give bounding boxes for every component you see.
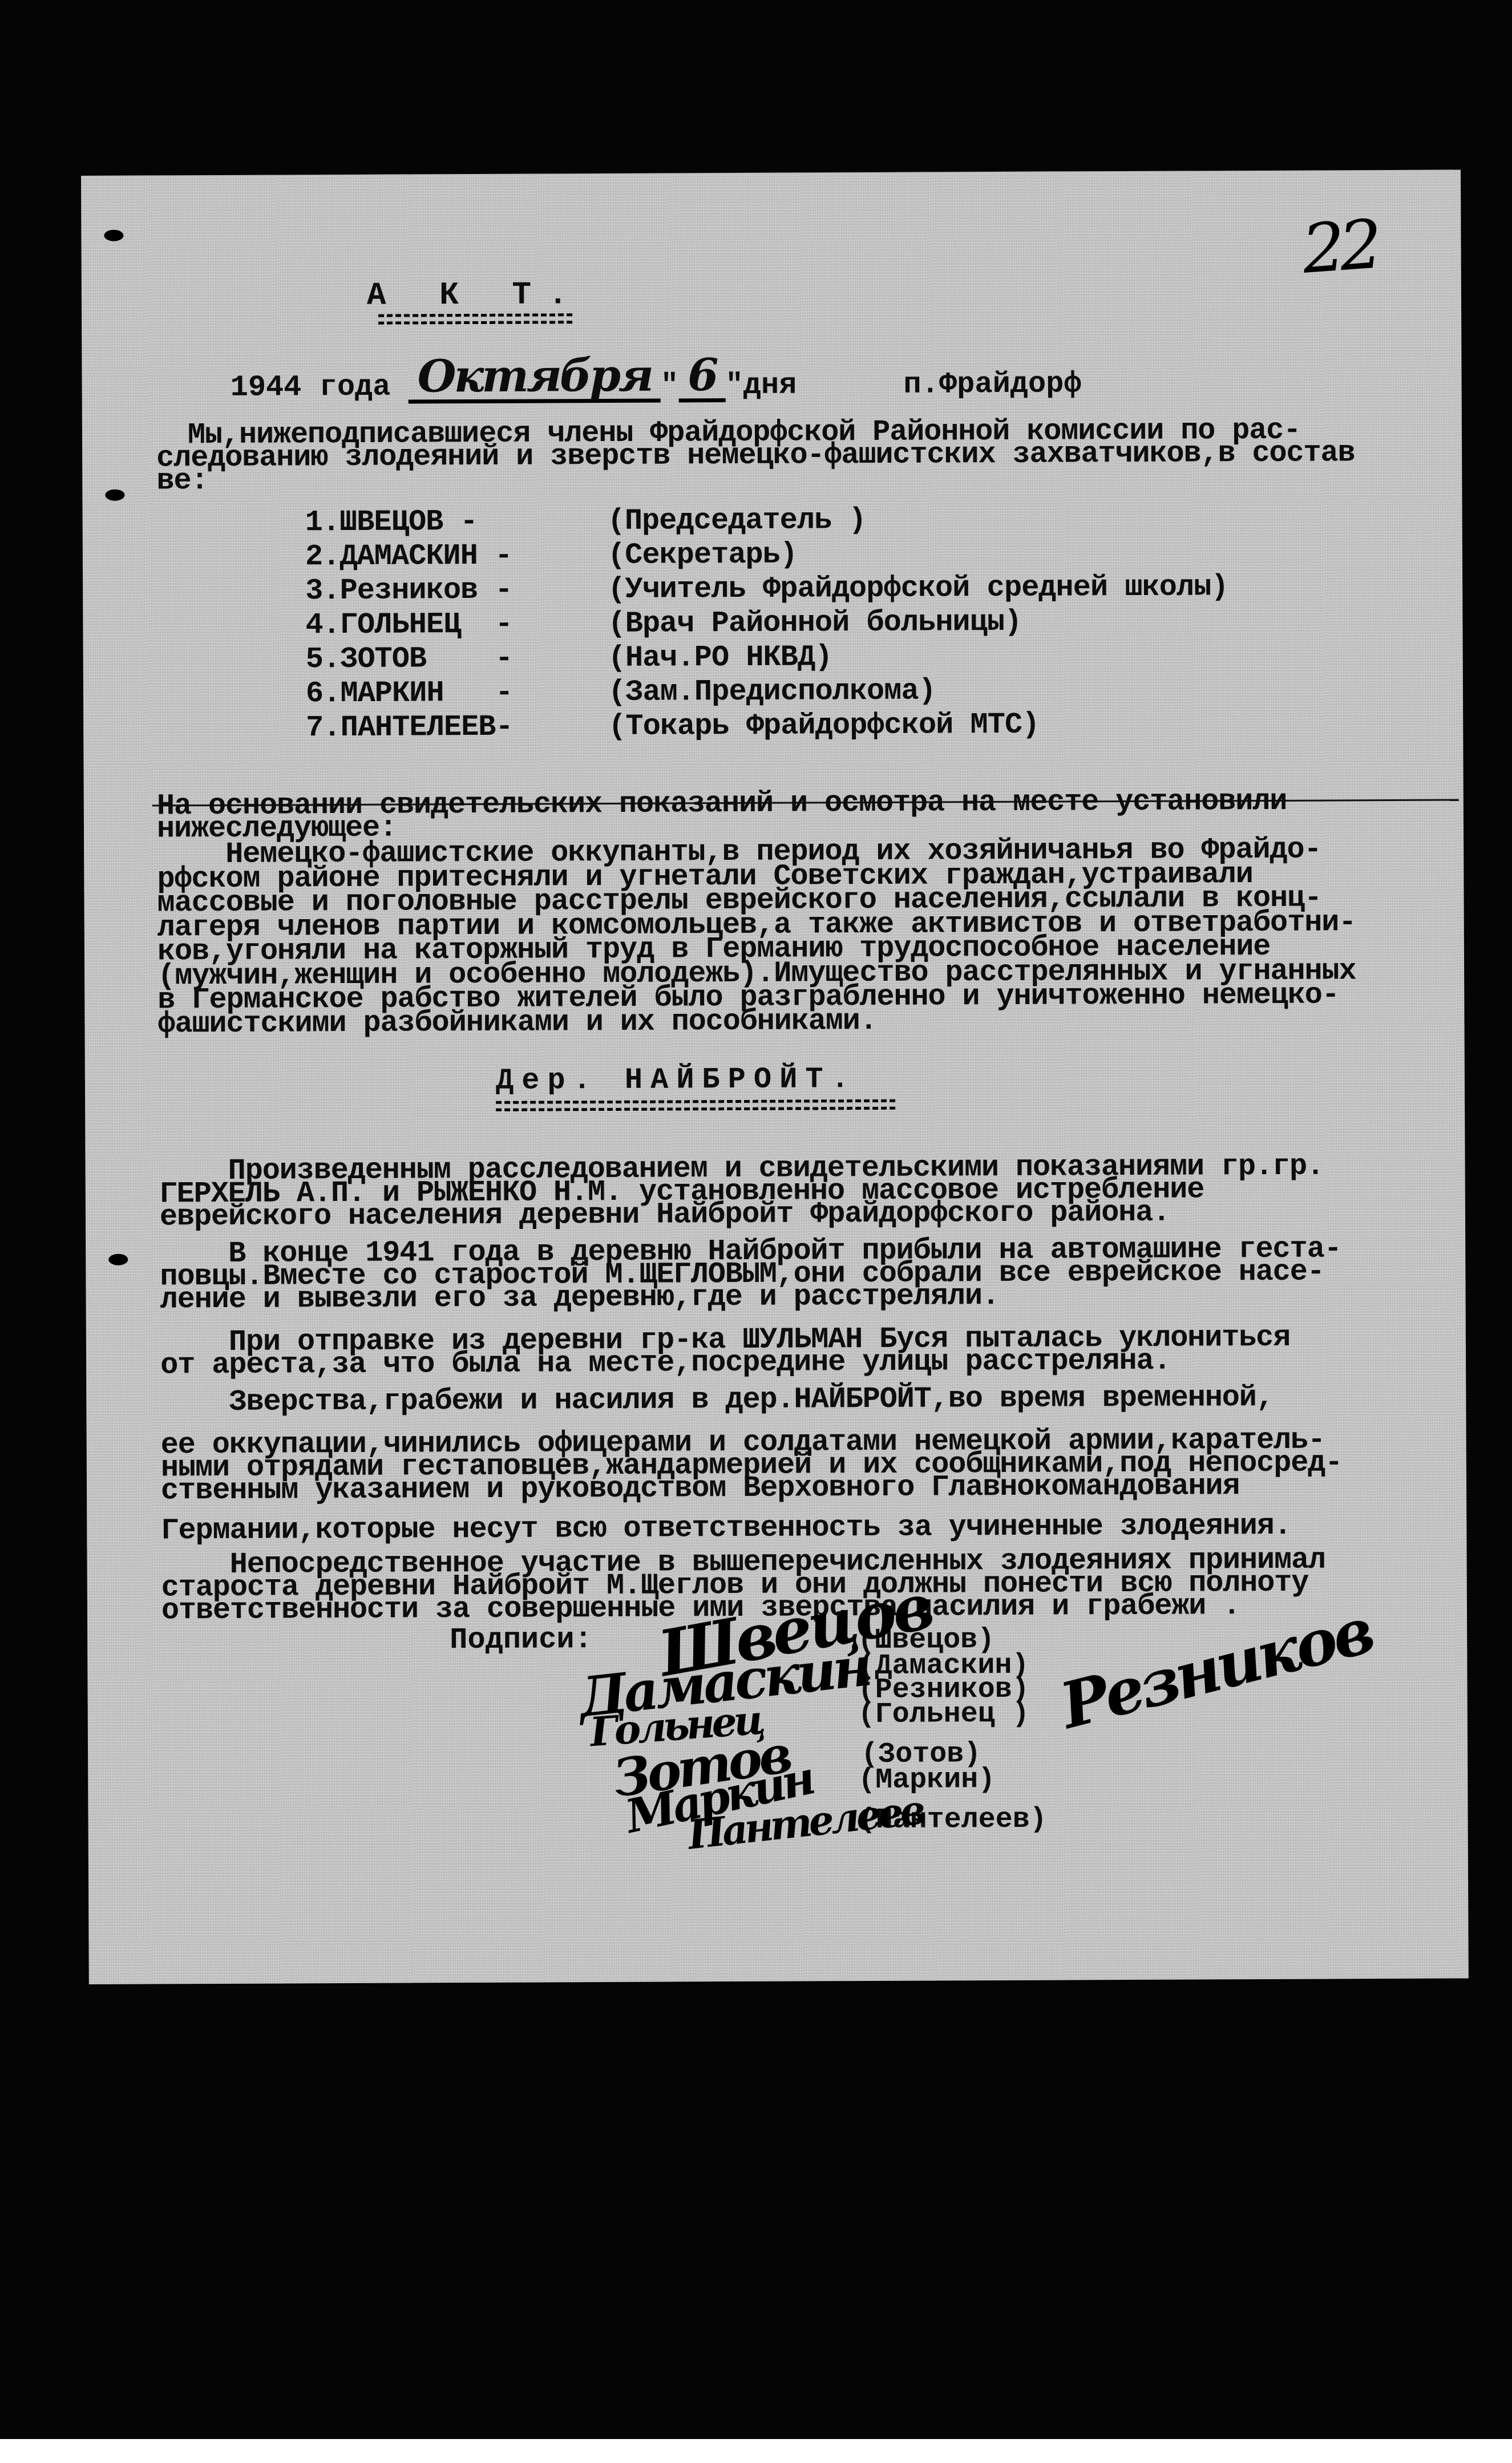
date-day-suffix: "дня bbox=[725, 369, 797, 403]
member-name: 7.ПАНТЕЛЕЕВ- bbox=[306, 710, 513, 745]
date-place: п.Фрайдорф bbox=[903, 367, 1081, 401]
date-year: 1944 года bbox=[230, 370, 390, 405]
date-day-handwritten: 6 bbox=[678, 353, 726, 402]
date-line: 1944 года Октября"6"дня п.Фрайдорф bbox=[230, 351, 1081, 405]
page-number: 22 bbox=[1300, 205, 1380, 289]
punch-hole-mark bbox=[104, 230, 123, 241]
section-line: ление и вывезли его за деревню,где и рас… bbox=[160, 1281, 998, 1315]
section-line: от ареста,за что была на месте,посредине… bbox=[160, 1346, 1171, 1381]
title-underline bbox=[378, 313, 572, 324]
member-role: (Секретарь) bbox=[608, 538, 798, 572]
punch-hole-mark bbox=[105, 490, 124, 501]
member-name: 3.Резников - bbox=[305, 573, 512, 608]
member-name: 2.ДАМАСКИН - bbox=[305, 539, 512, 574]
member-name: 4.ГОЛЬНЕЦ - bbox=[305, 608, 512, 642]
member-name: 5.ЗОТОВ - bbox=[306, 642, 513, 677]
member-role: (Учитель Фрайдорфской средней школы) bbox=[608, 570, 1228, 606]
document-title: А К Т. bbox=[367, 276, 585, 314]
member-name: 1.ШВЕЦОВ - bbox=[305, 505, 478, 539]
intro-line: следованию злодеяний и зверств немецко-ф… bbox=[156, 438, 1355, 473]
document-page: 22 А К Т. 1944 года Октября"6"дня п.Фрай… bbox=[81, 169, 1469, 1984]
section-heading: Дер. НАЙБРОЙТ. bbox=[496, 1062, 857, 1098]
date-month-handwritten: Октября bbox=[408, 353, 661, 404]
member-role: (Зам.Предисполкома) bbox=[608, 674, 936, 709]
signatory-name: (Гольнец ) bbox=[858, 1698, 1029, 1731]
signatures-label: Подписи: bbox=[450, 1623, 592, 1657]
intro-line: ве: bbox=[156, 466, 208, 496]
member-role: (Председатель ) bbox=[608, 503, 866, 538]
member-role: (Токарь Фрайдорфской МТС) bbox=[608, 708, 1039, 743]
section-line: Зверства,грабежи и насилия в дер.НАЙБРОЙ… bbox=[160, 1383, 1274, 1418]
section-line: ственным указанием и руководством Верхов… bbox=[161, 1471, 1240, 1506]
section-line: еврейского населения деревни Найбройт Фр… bbox=[160, 1198, 1170, 1232]
member-name: 6.МАРКИН - bbox=[306, 676, 513, 711]
member-role: (Нач.РО НКВД) bbox=[608, 640, 832, 675]
member-role: (Врач Районной больницы) bbox=[608, 605, 1021, 641]
punch-hole-mark bbox=[108, 1254, 128, 1265]
section-line: Германии,которые несут всю ответственнос… bbox=[161, 1511, 1291, 1546]
section-underline bbox=[496, 1099, 895, 1111]
date-quote: " bbox=[661, 369, 678, 402]
findings-line: фашистскими разбойниками и их пособникам… bbox=[157, 1006, 876, 1039]
